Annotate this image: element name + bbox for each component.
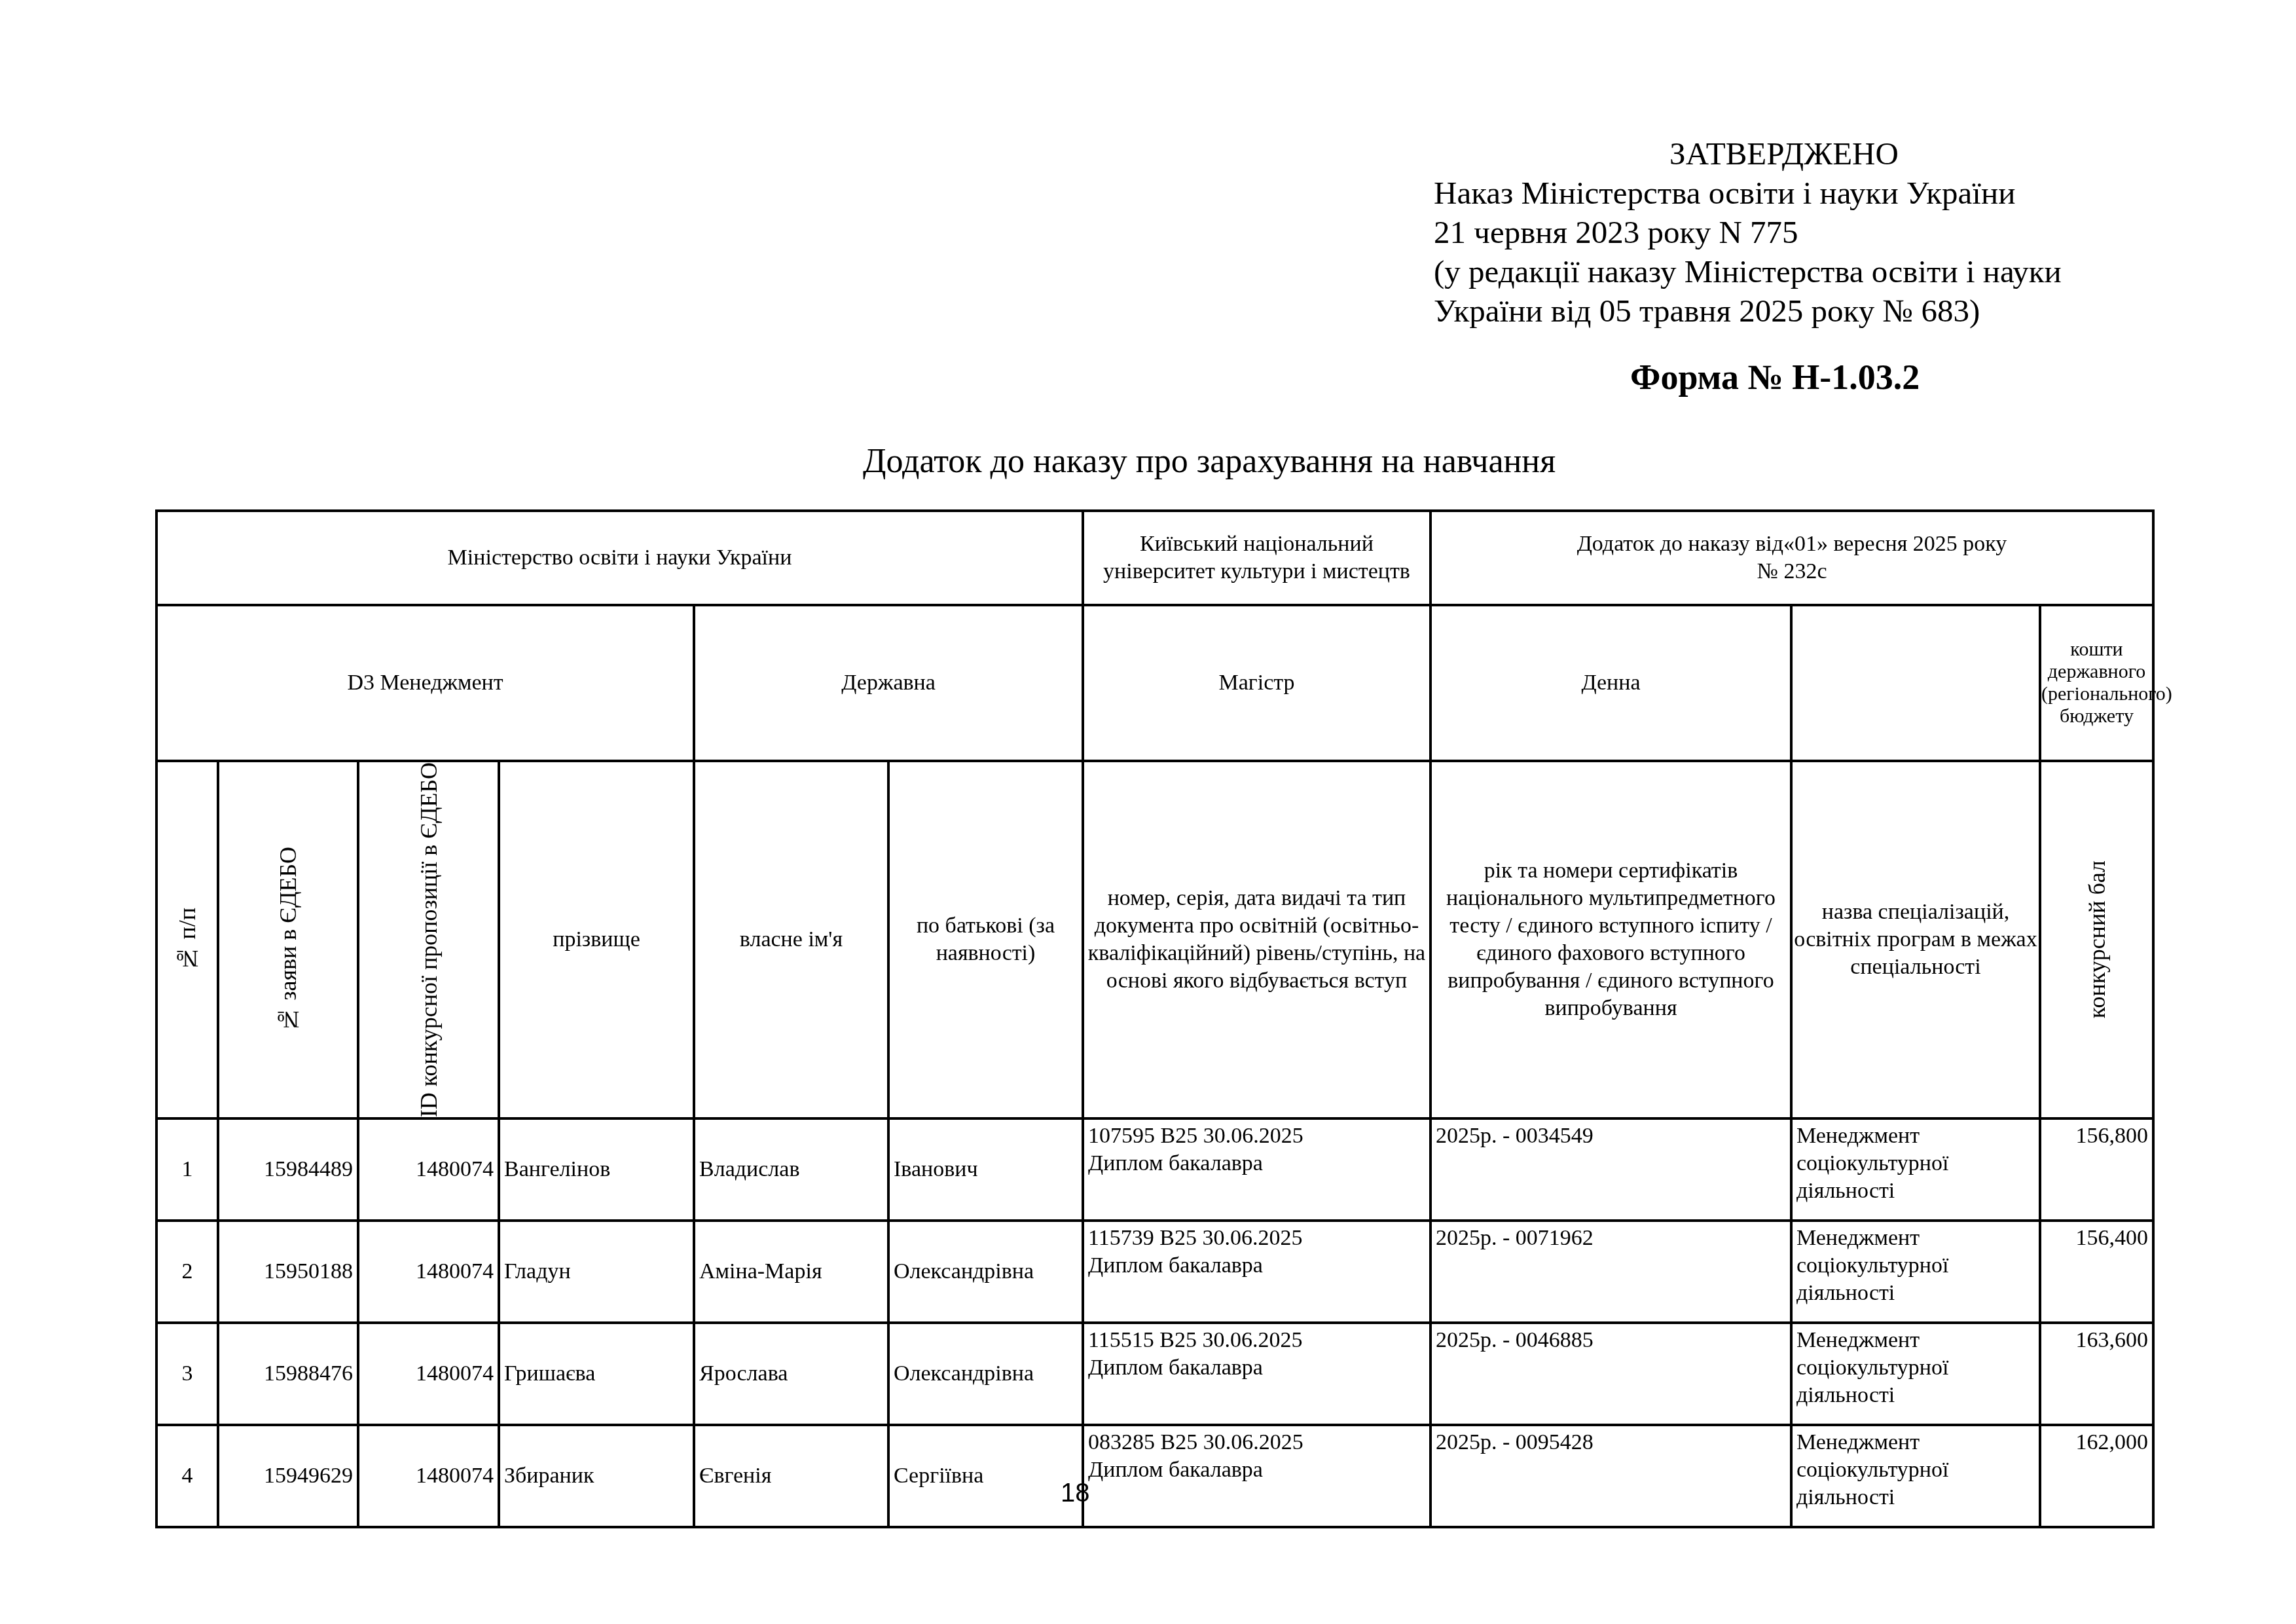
specialty-cell: D3 Менеджмент bbox=[156, 605, 694, 761]
certificate-number: 2025р. - 0034549 bbox=[1430, 1118, 1791, 1221]
education-document: 107595 B25 30.06.2025Диплом бакалавра bbox=[1083, 1118, 1430, 1221]
patronymic: Сергіївна bbox=[888, 1425, 1083, 1527]
competitive-score: 156,800 bbox=[2040, 1118, 2153, 1221]
order-reference-line: Додаток до наказу від«01» вересня 2025 р… bbox=[1432, 530, 2152, 558]
order-reference-cell: Додаток до наказу від«01» вересня 2025 р… bbox=[1430, 511, 2153, 605]
surname: Гладун bbox=[499, 1221, 694, 1323]
column-header-row: № п/п № заяви в ЄДЕБО ID конкурсної проп… bbox=[156, 761, 2153, 1118]
col-header-certificate: рік та номери сертифікатів національного… bbox=[1430, 761, 1791, 1118]
funding-source-cell: кошти державного (регіонального) бюджету bbox=[2040, 605, 2153, 761]
ministry-cell: Міністерство освіти і науки України bbox=[156, 511, 1083, 605]
header-row-program: D3 Менеджмент Державна Магістр Денна кош… bbox=[156, 605, 2153, 761]
enrollment-table: Міністерство освіти і науки України Київ… bbox=[155, 509, 2155, 1528]
funding-form-cell: Державна bbox=[694, 605, 1083, 761]
competitive-score: 156,400 bbox=[2040, 1221, 2153, 1323]
education-document: 083285 B25 30.06.2025Диплом бакалавра bbox=[1083, 1425, 1430, 1527]
education-document: 115515 B25 30.06.2025Диплом бакалавра bbox=[1083, 1323, 1430, 1425]
program-name: Менеджмент соціокультурної діяльності bbox=[1791, 1425, 2040, 1527]
col-header-document: номер, серія, дата видачі та тип докумен… bbox=[1083, 761, 1430, 1118]
certificate-number: 2025р. - 0046885 bbox=[1430, 1323, 1791, 1425]
table-row: 3159884761480074ГришаєваЯрославаОлександ… bbox=[156, 1323, 2153, 1425]
patronymic: Олександрівна bbox=[888, 1323, 1083, 1425]
first-name: Аміна-Марія bbox=[694, 1221, 888, 1323]
approval-line: (у редакції наказу Міністерства освіти і… bbox=[1434, 252, 2219, 291]
form-number: Форма № Н-1.03.2 bbox=[1630, 357, 1920, 397]
page-number: 18 bbox=[1061, 1479, 1090, 1508]
program-name: Менеджмент соціокультурної діяльності bbox=[1791, 1323, 2040, 1425]
application-number: 15949629 bbox=[218, 1425, 358, 1527]
offer-id: 1480074 bbox=[358, 1118, 499, 1221]
approval-line: Наказ Міністерства освіти і науки Україн… bbox=[1434, 174, 2219, 213]
row-index: 2 bbox=[156, 1221, 218, 1323]
program-name: Менеджмент соціокультурної діяльності bbox=[1791, 1118, 2040, 1221]
competitive-score: 163,600 bbox=[2040, 1323, 2153, 1425]
header-row-organization: Міністерство освіти і науки України Київ… bbox=[156, 511, 2153, 605]
table-row: 2159501881480074ГладунАміна-МаріяОлексан… bbox=[156, 1221, 2153, 1323]
document-title: Додаток до наказу про зарахування на нав… bbox=[863, 442, 1556, 481]
blank-cell bbox=[1791, 605, 2040, 761]
approval-stamp: ЗАТВЕРДЖЕНО bbox=[1434, 134, 2134, 174]
first-name: Ярослава bbox=[694, 1323, 888, 1425]
row-index: 1 bbox=[156, 1118, 218, 1221]
degree-cell: Магістр bbox=[1083, 605, 1430, 761]
offer-id: 1480074 bbox=[358, 1323, 499, 1425]
education-document: 115739 B25 30.06.2025Диплом бакалавра bbox=[1083, 1221, 1430, 1323]
row-index: 3 bbox=[156, 1323, 218, 1425]
program-name: Менеджмент соціокультурної діяльності bbox=[1791, 1221, 2040, 1323]
col-header-score: конкурсний бал bbox=[2040, 761, 2153, 1118]
study-form-cell: Денна bbox=[1430, 605, 1791, 761]
patronymic: Олександрівна bbox=[888, 1221, 1083, 1323]
offer-id: 1480074 bbox=[358, 1425, 499, 1527]
certificate-number: 2025р. - 0071962 bbox=[1430, 1221, 1791, 1323]
order-number: № 232с bbox=[1432, 558, 2152, 585]
col-header-program: назва спеціалізацій, освітніх програм в … bbox=[1791, 761, 2040, 1118]
approval-line: України від 05 травня 2025 року № 683) bbox=[1434, 291, 2219, 331]
table-row: 1159844891480074ВангеліновВладиславІвано… bbox=[156, 1118, 2153, 1221]
offer-id: 1480074 bbox=[358, 1221, 499, 1323]
surname: Гришаєва bbox=[499, 1323, 694, 1425]
row-index: 4 bbox=[156, 1425, 218, 1527]
col-header-patronymic: по батькові (за наявності) bbox=[888, 761, 1083, 1118]
col-header-application-no: № заяви в ЄДЕБО bbox=[218, 761, 358, 1118]
application-number: 15984489 bbox=[218, 1118, 358, 1221]
col-header-surname: прізвище bbox=[499, 761, 694, 1118]
surname: Вангелінов bbox=[499, 1118, 694, 1221]
approval-line: 21 червня 2023 року N 775 bbox=[1434, 213, 2219, 252]
approval-block: ЗАТВЕРДЖЕНО Наказ Міністерства освіти і … bbox=[1434, 134, 2219, 331]
col-header-offer-id: ID конкурсної пропозиції в ЄДЕБО bbox=[358, 761, 499, 1118]
university-cell: Київський національний університет культ… bbox=[1083, 511, 1430, 605]
application-number: 15988476 bbox=[218, 1323, 358, 1425]
first-name: Владислав bbox=[694, 1118, 888, 1221]
col-header-index: № п/п bbox=[156, 761, 218, 1118]
patronymic: Іванович bbox=[888, 1118, 1083, 1221]
application-number: 15950188 bbox=[218, 1221, 358, 1323]
competitive-score: 162,000 bbox=[2040, 1425, 2153, 1527]
certificate-number: 2025р. - 0095428 bbox=[1430, 1425, 1791, 1527]
first-name: Євгенія bbox=[694, 1425, 888, 1527]
col-header-first-name: власне ім'я bbox=[694, 761, 888, 1118]
table-row: 4159496291480074ЗбираникЄвгеніяСергіївна… bbox=[156, 1425, 2153, 1527]
surname: Збираник bbox=[499, 1425, 694, 1527]
